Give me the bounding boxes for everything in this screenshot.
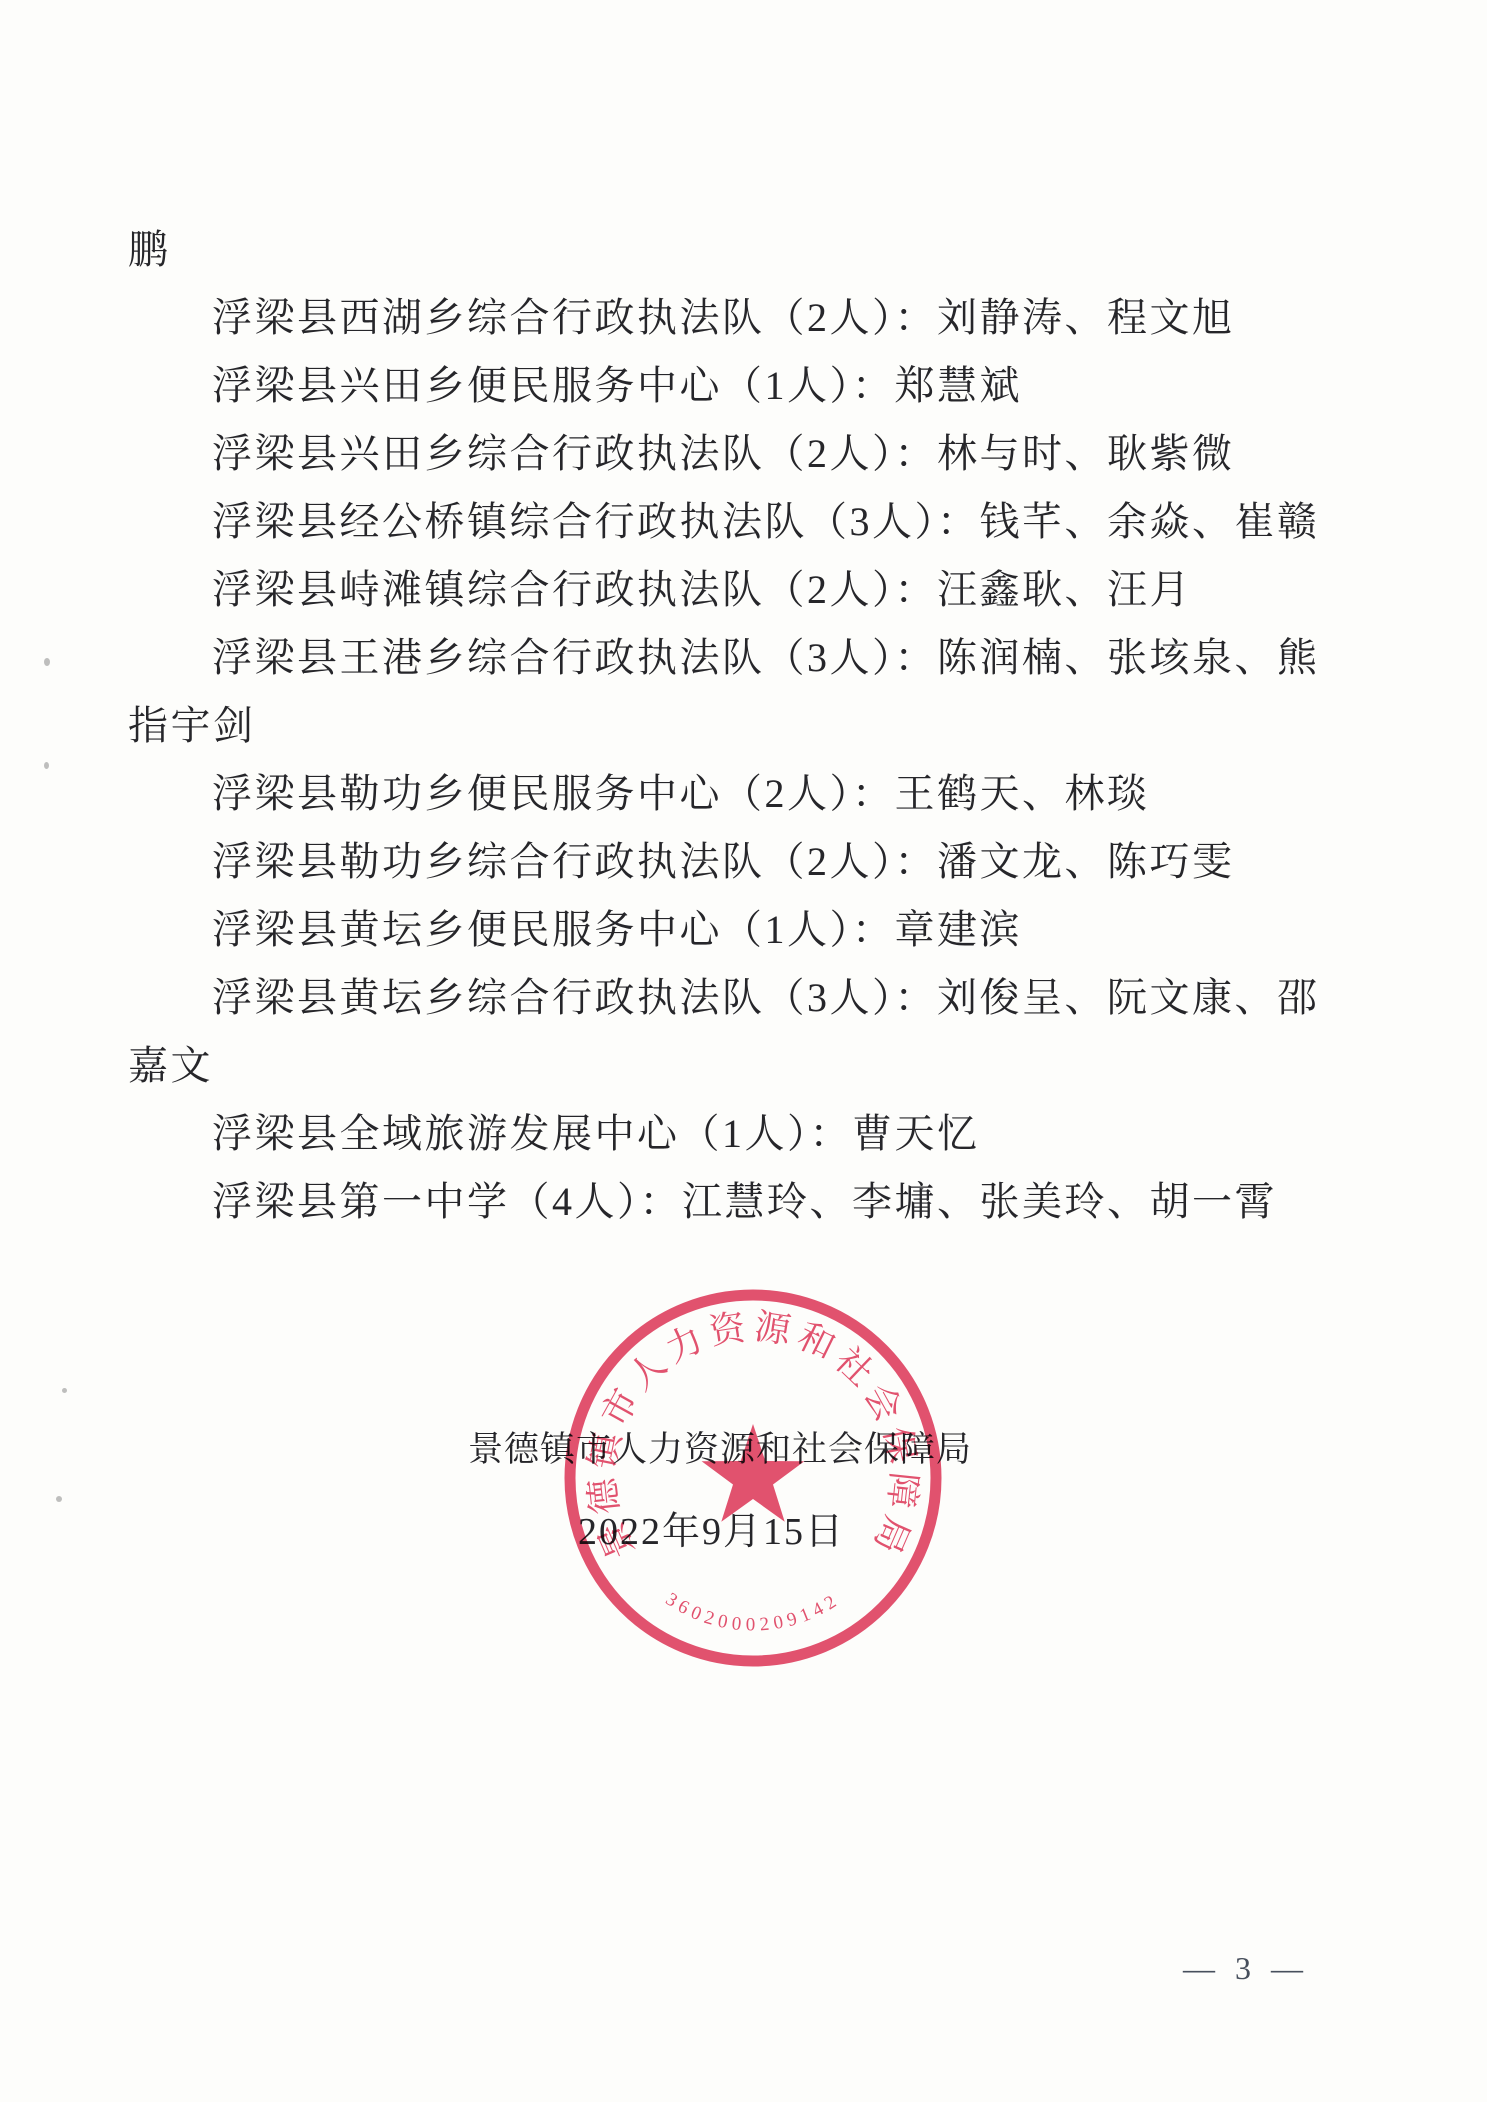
document-page: 鹏 浮梁县西湖乡综合行政执法队（2人）：刘静涛、程文旭 浮梁县兴田乡便民服务中心…	[0, 0, 1487, 2102]
official-seal: 景德镇市人力资源和社会保障局 3602000209142	[558, 1283, 948, 1673]
seal-code: 3602000209142	[662, 1589, 844, 1636]
list-line: 浮梁县经公桥镇综合行政执法队（3人）：钱芊、余焱、崔赣	[128, 488, 1372, 556]
wrapped-continuation: 嘉文	[128, 1032, 1372, 1100]
list-line: 浮梁县勒功乡便民服务中心（2人）：王鹤天、林琰	[128, 760, 1372, 828]
wrapped-continuation: 指宇剑	[128, 692, 1372, 760]
star-icon	[702, 1424, 805, 1522]
list-line: 浮梁县峙滩镇综合行政执法队（2人）：汪鑫耿、汪月	[128, 556, 1372, 624]
list-line: 浮梁县全域旅游发展中心（1人）：曹天忆	[128, 1100, 1372, 1168]
list-line: 浮梁县兴田乡综合行政执法队（2人）：林与时、耿紫微	[128, 420, 1372, 488]
scan-speck	[62, 1388, 67, 1393]
list-line: 浮梁县第一中学（4人）：江慧玲、李墉、张美玲、胡一霄	[128, 1168, 1372, 1236]
scan-speck	[44, 658, 50, 666]
body-text: 鹏 浮梁县西湖乡综合行政执法队（2人）：刘静涛、程文旭 浮梁县兴田乡便民服务中心…	[128, 216, 1372, 1236]
list-line: 浮梁县王港乡综合行政执法队（3人）：陈润楠、张垓泉、熊	[128, 624, 1372, 692]
scan-speck	[44, 762, 49, 769]
list-line: 浮梁县兴田乡便民服务中心（1人）：郑慧斌	[128, 352, 1372, 420]
list-line: 浮梁县黄坛乡综合行政执法队（3人）：刘俊呈、阮文康、邵	[128, 964, 1372, 1032]
list-line: 浮梁县勒功乡综合行政执法队（2人）：潘文龙、陈巧雯	[128, 828, 1372, 896]
scan-speck	[56, 1496, 62, 1502]
list-line: 浮梁县黄坛乡便民服务中心（1人）：章建滨	[128, 896, 1372, 964]
list-line: 浮梁县西湖乡综合行政执法队（2人）：刘静涛、程文旭	[128, 284, 1372, 352]
page-number: — 3 —	[1183, 1950, 1309, 1987]
carryover-line: 鹏	[128, 216, 1372, 284]
